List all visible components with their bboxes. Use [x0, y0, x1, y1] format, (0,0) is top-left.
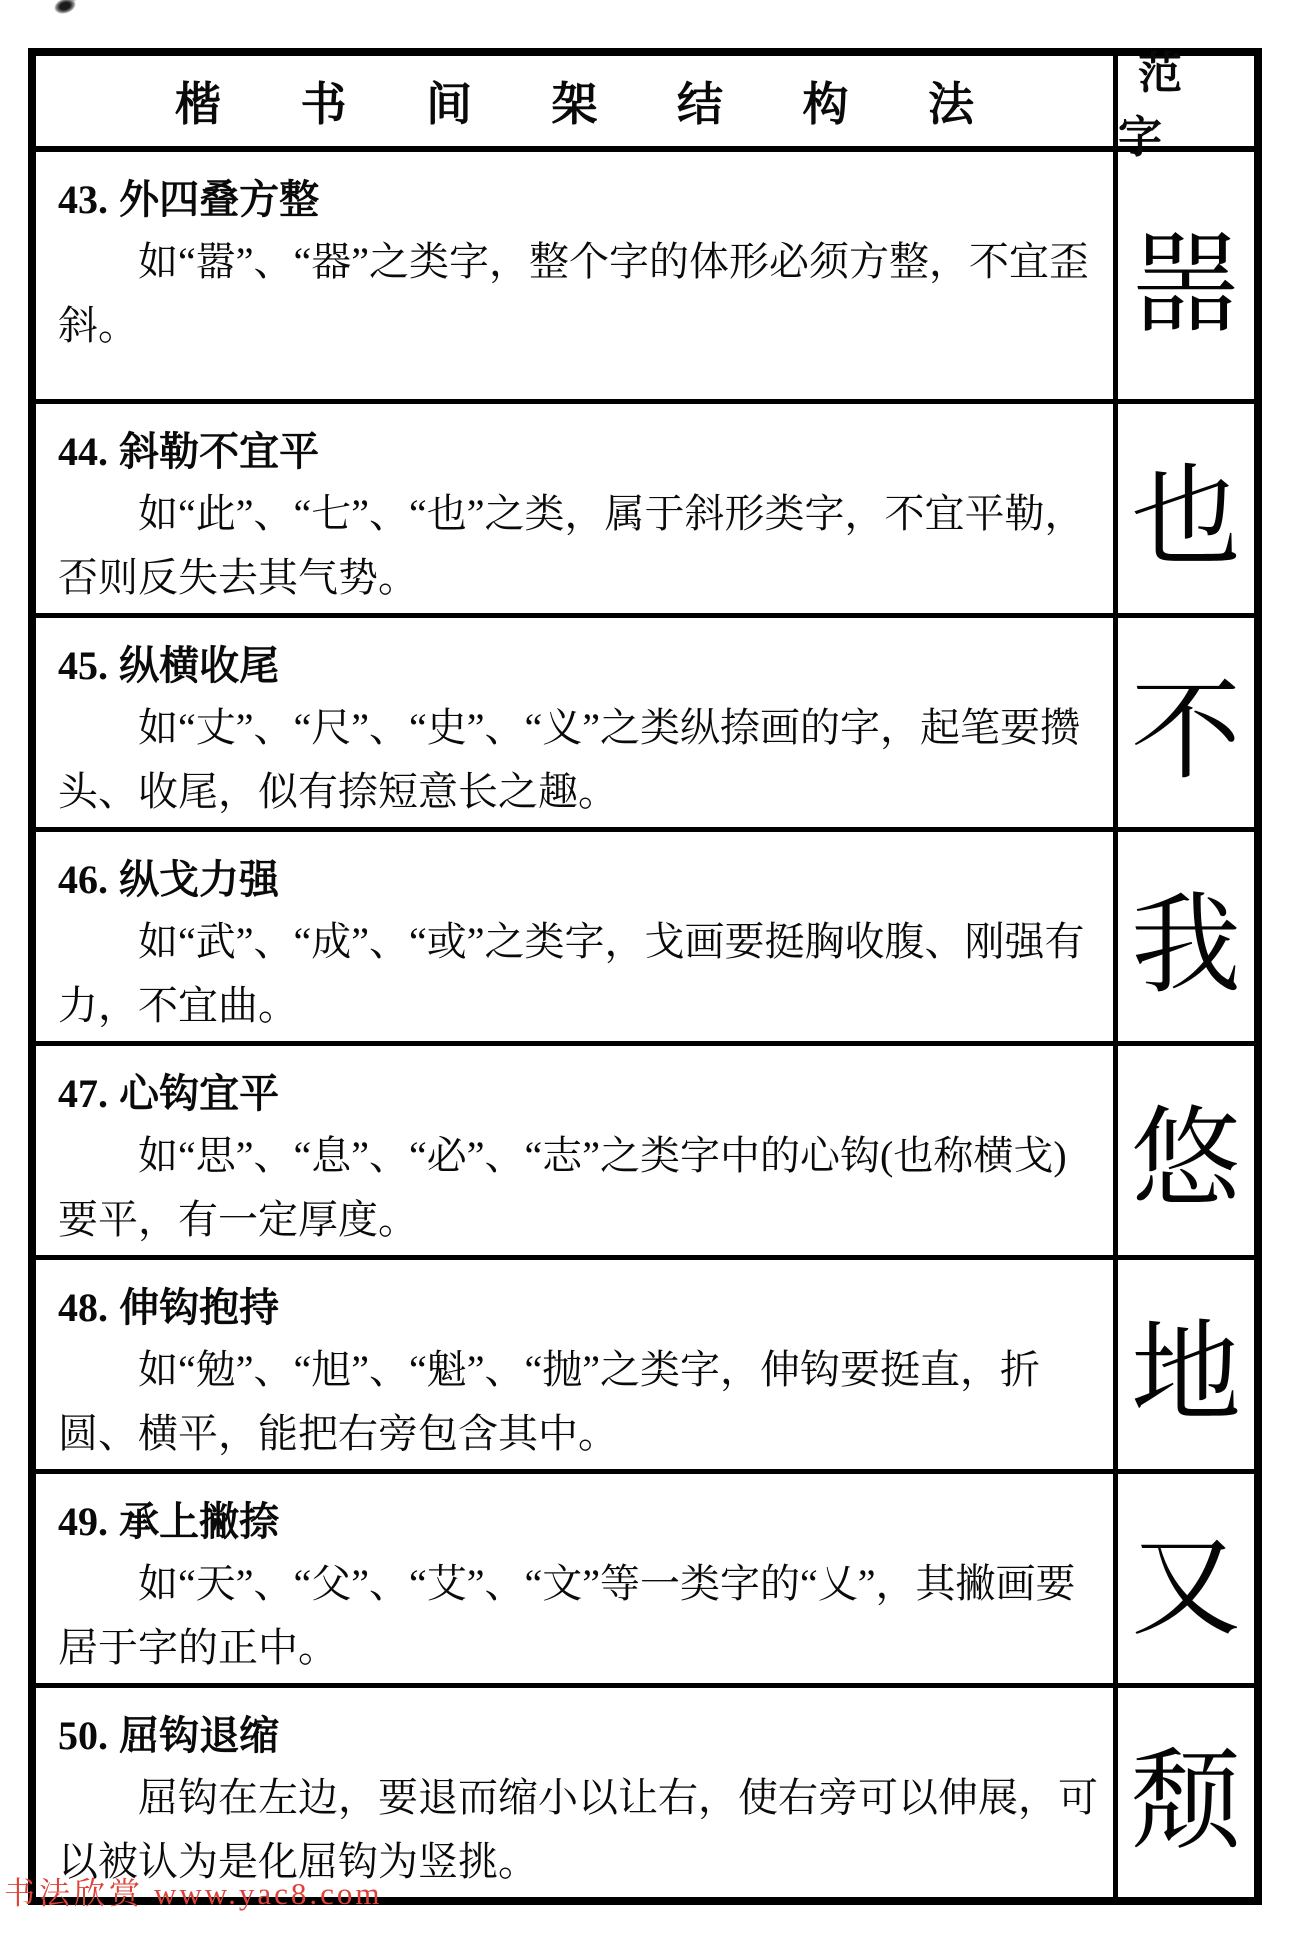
example-character: 颓 — [1113, 1688, 1254, 1897]
rule-title: 43. 外四叠方整 — [58, 172, 1101, 228]
rule-content: 44. 斜勒不宜平如“此”、“七”、“也”之类，属于斜形类字，不宜平勒，否则反失… — [36, 404, 1113, 613]
rule-body: 如“勉”、“旭”、“魁”、“抛”之类字，伸钩要挺直，折圆、横平，能把右旁包含其中… — [58, 1338, 1101, 1466]
rule-title: 50. 屈钩退缩 — [58, 1708, 1101, 1764]
rule-title: 49. 承上撇捺 — [58, 1494, 1101, 1550]
example-character: 也 — [1113, 404, 1254, 613]
ink-smudge — [48, 0, 83, 20]
rule-number: 48. — [58, 1285, 108, 1330]
rule-body: 如“丈”、“尺”、“史”、“义”之类纵捺画的字，起笔要攒头、收尾，似有捺短意长之… — [58, 696, 1101, 824]
rule-row-44: 44. 斜勒不宜平如“此”、“七”、“也”之类，属于斜形类字，不宜平勒，否则反失… — [36, 399, 1254, 613]
rule-row-48: 48. 伸钩抱持如“勉”、“旭”、“魁”、“抛”之类字，伸钩要挺直，折圆、横平，… — [36, 1255, 1254, 1469]
watermark-url: www.yac8.com — [154, 1876, 383, 1911]
rule-number: 44. — [58, 429, 108, 474]
calligraphy-rules-table: 楷 书 间 架 结 构 法 范 字 43. 外四叠方整如“嚣”、“器”之类字，整… — [28, 48, 1262, 1905]
rule-content: 50. 屈钩退缩屈钩在左边，要退而缩小以让右，使右旁可以伸展，可以被认为是化屈钩… — [36, 1688, 1113, 1897]
rule-body: 如“武”、“成”、“或”之类字，戈画要挺胸收腹、刚强有力，不宜曲。 — [58, 910, 1101, 1038]
rule-content: 46. 纵戈力强如“武”、“成”、“或”之类字，戈画要挺胸收腹、刚强有力，不宜曲… — [36, 832, 1113, 1041]
rule-content: 49. 承上撇捺如“天”、“父”、“艾”、“文”等一类字的“乂”，其撇画要居于字… — [36, 1474, 1113, 1683]
watermark-site-name: 书法欣赏 — [4, 1876, 144, 1911]
rule-number: 46. — [58, 857, 108, 902]
rule-number: 45. — [58, 643, 108, 688]
example-column-header: 范 字 — [1113, 56, 1254, 146]
rule-title: 47. 心钩宜平 — [58, 1066, 1101, 1122]
rule-row-45: 45. 纵横收尾如“丈”、“尺”、“史”、“义”之类纵捺画的字，起笔要攒头、收尾… — [36, 613, 1254, 827]
example-character: 又 — [1113, 1474, 1254, 1683]
rule-title: 48. 伸钩抱持 — [58, 1280, 1101, 1336]
table-header-row: 楷 书 间 架 结 构 法 范 字 — [36, 56, 1254, 152]
rule-number: 43. — [58, 177, 108, 222]
rule-content: 43. 外四叠方整如“嚣”、“器”之类字，整个字的体形必须方整，不宜歪斜。 — [36, 152, 1113, 399]
rule-content: 48. 伸钩抱持如“勉”、“旭”、“魁”、“抛”之类字，伸钩要挺直，折圆、横平，… — [36, 1260, 1113, 1469]
example-character: 不 — [1113, 618, 1254, 827]
rule-body: 如“此”、“七”、“也”之类，属于斜形类字，不宜平勒，否则反失去其气势。 — [58, 482, 1101, 610]
rule-rows-container: 43. 外四叠方整如“嚣”、“器”之类字，整个字的体形必须方整，不宜歪斜。噐44… — [36, 152, 1254, 1897]
example-character: 噐 — [1113, 152, 1254, 399]
rule-content: 45. 纵横收尾如“丈”、“尺”、“史”、“义”之类纵捺画的字，起笔要攒头、收尾… — [36, 618, 1113, 827]
rule-title: 46. 纵戈力强 — [58, 852, 1101, 908]
example-character: 我 — [1113, 832, 1254, 1041]
rule-title: 44. 斜勒不宜平 — [58, 424, 1101, 480]
rule-row-50: 50. 屈钩退缩屈钩在左边，要退而缩小以让右，使右旁可以伸展，可以被认为是化屈钩… — [36, 1683, 1254, 1897]
page-title: 楷 书 间 架 结 构 法 — [36, 56, 1113, 146]
rule-body: 如“思”、“息”、“必”、“志”之类字中的心钩(也称横戈)要平，有一定厚度。 — [58, 1124, 1101, 1252]
rule-row-49: 49. 承上撇捺如“天”、“父”、“艾”、“文”等一类字的“乂”，其撇画要居于字… — [36, 1469, 1254, 1683]
rule-row-47: 47. 心钩宜平如“思”、“息”、“必”、“志”之类字中的心钩(也称横戈)要平，… — [36, 1041, 1254, 1255]
rule-number: 50. — [58, 1713, 108, 1758]
rule-body: 如“嚣”、“器”之类字，整个字的体形必须方整，不宜歪斜。 — [58, 230, 1101, 358]
rule-title: 45. 纵横收尾 — [58, 638, 1101, 694]
rule-number: 49. — [58, 1499, 108, 1544]
example-character: 悠 — [1113, 1046, 1254, 1255]
rule-content: 47. 心钩宜平如“思”、“息”、“必”、“志”之类字中的心钩(也称横戈)要平，… — [36, 1046, 1113, 1255]
rule-row-46: 46. 纵戈力强如“武”、“成”、“或”之类字，戈画要挺胸收腹、刚强有力，不宜曲… — [36, 827, 1254, 1041]
rule-row-43: 43. 外四叠方整如“嚣”、“器”之类字，整个字的体形必须方整，不宜歪斜。噐 — [36, 152, 1254, 399]
rule-number: 47. — [58, 1071, 108, 1116]
rule-body: 如“天”、“父”、“艾”、“文”等一类字的“乂”，其撇画要居于字的正中。 — [58, 1552, 1101, 1680]
watermark: 书法欣赏www.yac8.com — [4, 1868, 383, 1913]
example-character: 地 — [1113, 1260, 1254, 1469]
